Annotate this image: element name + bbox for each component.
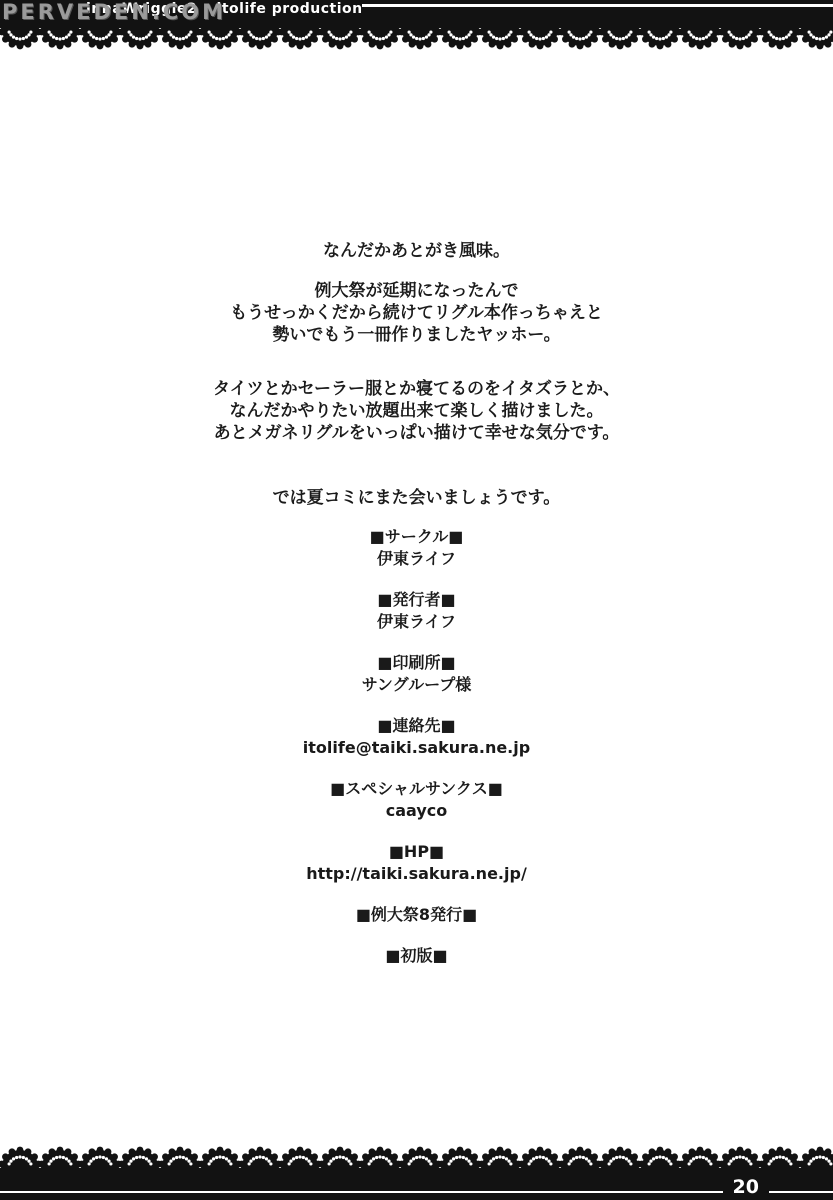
credit-publisher: ■発行者■ 伊東ライフ [0, 589, 833, 633]
footer-band: 20 [0, 1168, 833, 1200]
credit-value-email: itolife@taiki.sakura.ne.jp [0, 737, 833, 759]
credit-label: ■連絡先■ [0, 715, 833, 737]
credit-value: caayco [0, 800, 833, 822]
credit-value: 伊東ライフ [0, 548, 833, 570]
credit-label: ■HP■ [0, 841, 833, 863]
production-credit: itolife production [217, 1, 363, 17]
scanned-doujin-page: PERVEDEN.COM innaWriggle2 itolife produc… [0, 0, 833, 1200]
credit-label: ■スペシャルサンクス■ [0, 778, 833, 800]
credit-circle: ■サークル■ 伊東ライフ [0, 526, 833, 570]
footer: 20 [0, 1144, 833, 1200]
credit-printer: ■印刷所■ サングループ様 [0, 652, 833, 696]
credit-label: ■サークル■ [0, 526, 833, 548]
credit-edition: ■初版■ [0, 945, 833, 967]
text-line: あとメガネリグルをいっぱい描けて幸せな気分です。 [0, 422, 833, 444]
text-line: なんだかやりたい放題出来て楽しく描けました。 [0, 400, 833, 422]
credit-label: ■初版■ [0, 945, 833, 967]
text-line: 勢いでもう一冊作りましたヤッホー。 [0, 324, 833, 346]
text-line: もうせっかくだから続けてリグル本作っちゃえと [0, 302, 833, 324]
credit-label: ■例大祭8発行■ [0, 904, 833, 926]
lace-border-bottom [0, 1144, 833, 1168]
credit-contact: ■連絡先■ itolife@taiki.sakura.ne.jp [0, 715, 833, 759]
credit-value-url: http://taiki.sakura.ne.jp/ [0, 863, 833, 885]
credit-special-thanks: ■スペシャルサンクス■ caayco [0, 778, 833, 822]
lace-border-top [0, 28, 833, 52]
credit-label: ■発行者■ [0, 589, 833, 611]
credit-event: ■例大祭8発行■ [0, 904, 833, 926]
credit-homepage: ■HP■ http://taiki.sakura.ne.jp/ [0, 841, 833, 885]
watermark-text: PERVEDEN.COM [2, 0, 226, 24]
page-number: 20 [723, 1175, 769, 1199]
credit-value: 伊東ライフ [0, 611, 833, 633]
header-rule-line [362, 4, 833, 7]
text-line: タイツとかセーラー服とか寝てるのをイタズラとか、 [0, 378, 833, 400]
credit-label: ■印刷所■ [0, 652, 833, 674]
credits-list: ■サークル■ 伊東ライフ ■発行者■ 伊東ライフ ■印刷所■ サングループ様 ■… [0, 526, 833, 967]
text-line: では夏コミにまた会いましょうです。 [0, 487, 833, 509]
credit-value: サングループ様 [0, 674, 833, 696]
afterword-text: なんだかあとがき風味。 例大祭が延期になったんで もうせっかくだから続けてリグル… [0, 240, 833, 509]
footer-rule-line [0, 1191, 833, 1193]
text-line: なんだかあとがき風味。 [0, 240, 833, 262]
text-line: 例大祭が延期になったんで [0, 280, 833, 302]
